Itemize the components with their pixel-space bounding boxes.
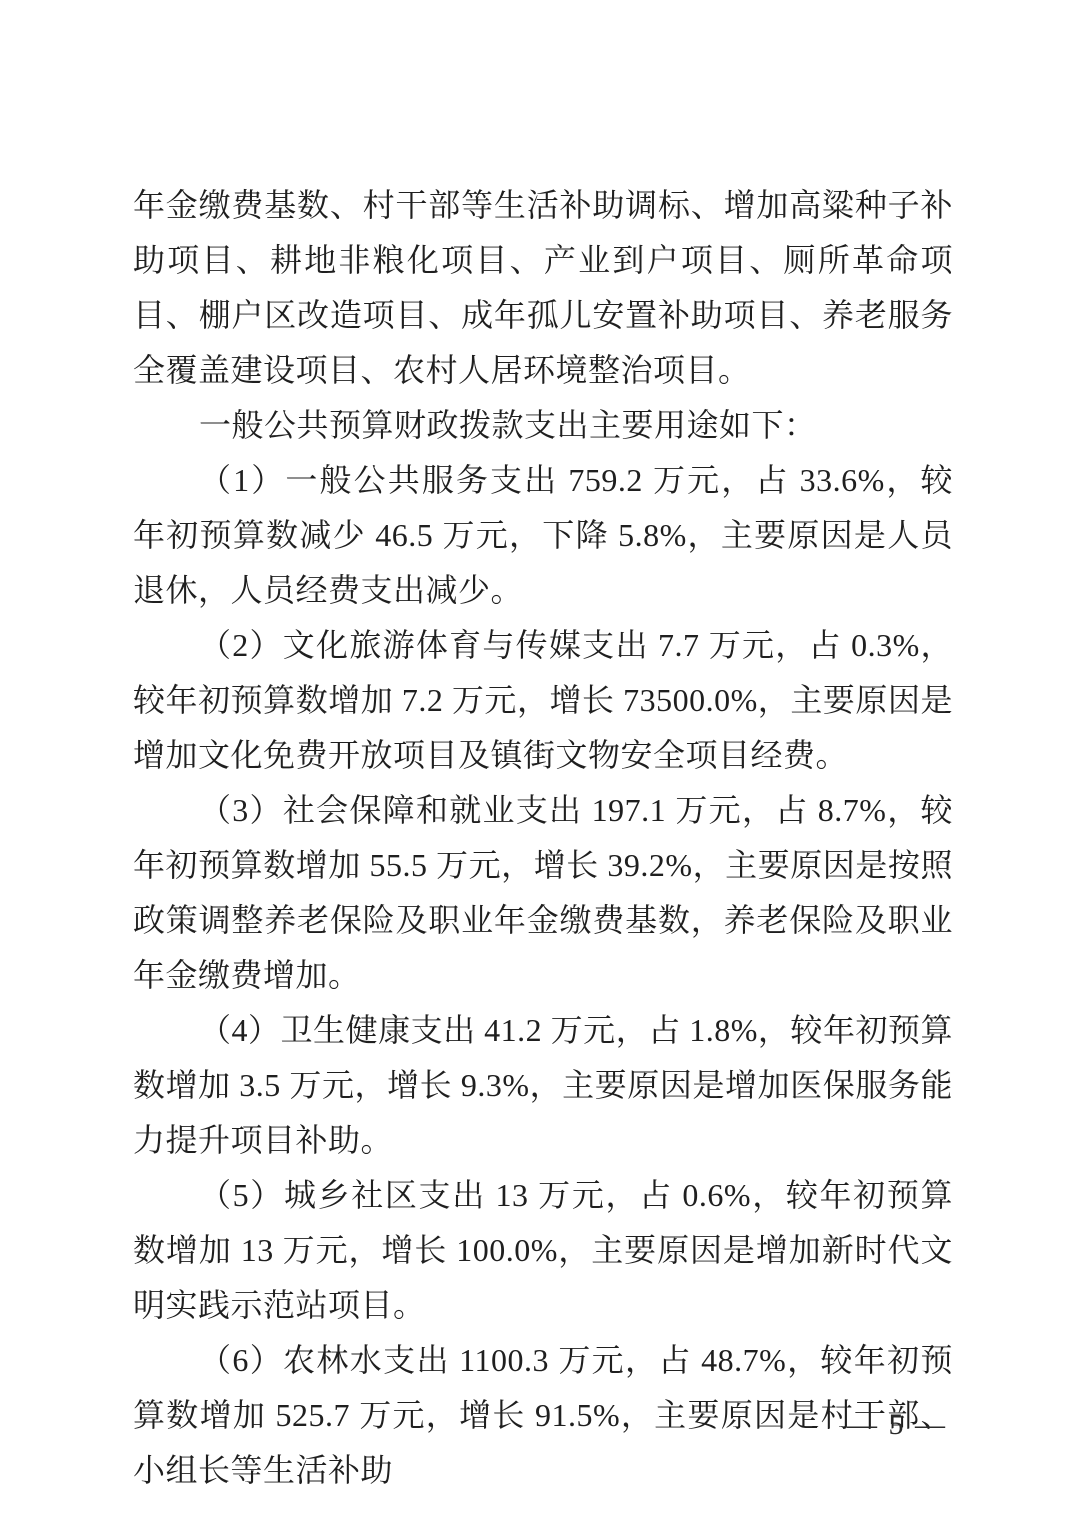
paragraph: （3）社会保障和就业支出 197.1 万元，占 8.7%，较年初预算数增加 55… xyxy=(133,783,953,1003)
paragraph: （4）卫生健康支出 41.2 万元，占 1.8%，较年初预算数增加 3.5 万元… xyxy=(133,1003,953,1168)
paragraph: （2）文化旅游体育与传媒支出 7.7 万元，占 0.3%，较年初预算数增加 7.… xyxy=(133,618,953,783)
paragraph: （1）一般公共服务支出 759.2 万元，占 33.6%，较年初预算数减少 46… xyxy=(133,453,953,618)
document-body: 年金缴费基数、村干部等生活补助调标、增加高粱种子补助项目、耕地非粮化项目、产业到… xyxy=(133,178,953,1498)
document-page: 年金缴费基数、村干部等生活补助调标、增加高粱种子补助项目、耕地非粮化项目、产业到… xyxy=(0,0,1075,1520)
paragraph: （6）农林水支出 1100.3 万元，占 48.7%，较年初预算数增加 525.… xyxy=(133,1333,953,1498)
page-footer: — 5 — xyxy=(847,1405,947,1445)
page-number: — 5 — xyxy=(847,1408,947,1441)
paragraph: 年金缴费基数、村干部等生活补助调标、增加高粱种子补助项目、耕地非粮化项目、产业到… xyxy=(133,178,953,398)
paragraph: （5）城乡社区支出 13 万元，占 0.6%，较年初预算数增加 13 万元，增长… xyxy=(133,1168,953,1333)
paragraph: 一般公共预算财政拨款支出主要用途如下： xyxy=(133,398,953,453)
